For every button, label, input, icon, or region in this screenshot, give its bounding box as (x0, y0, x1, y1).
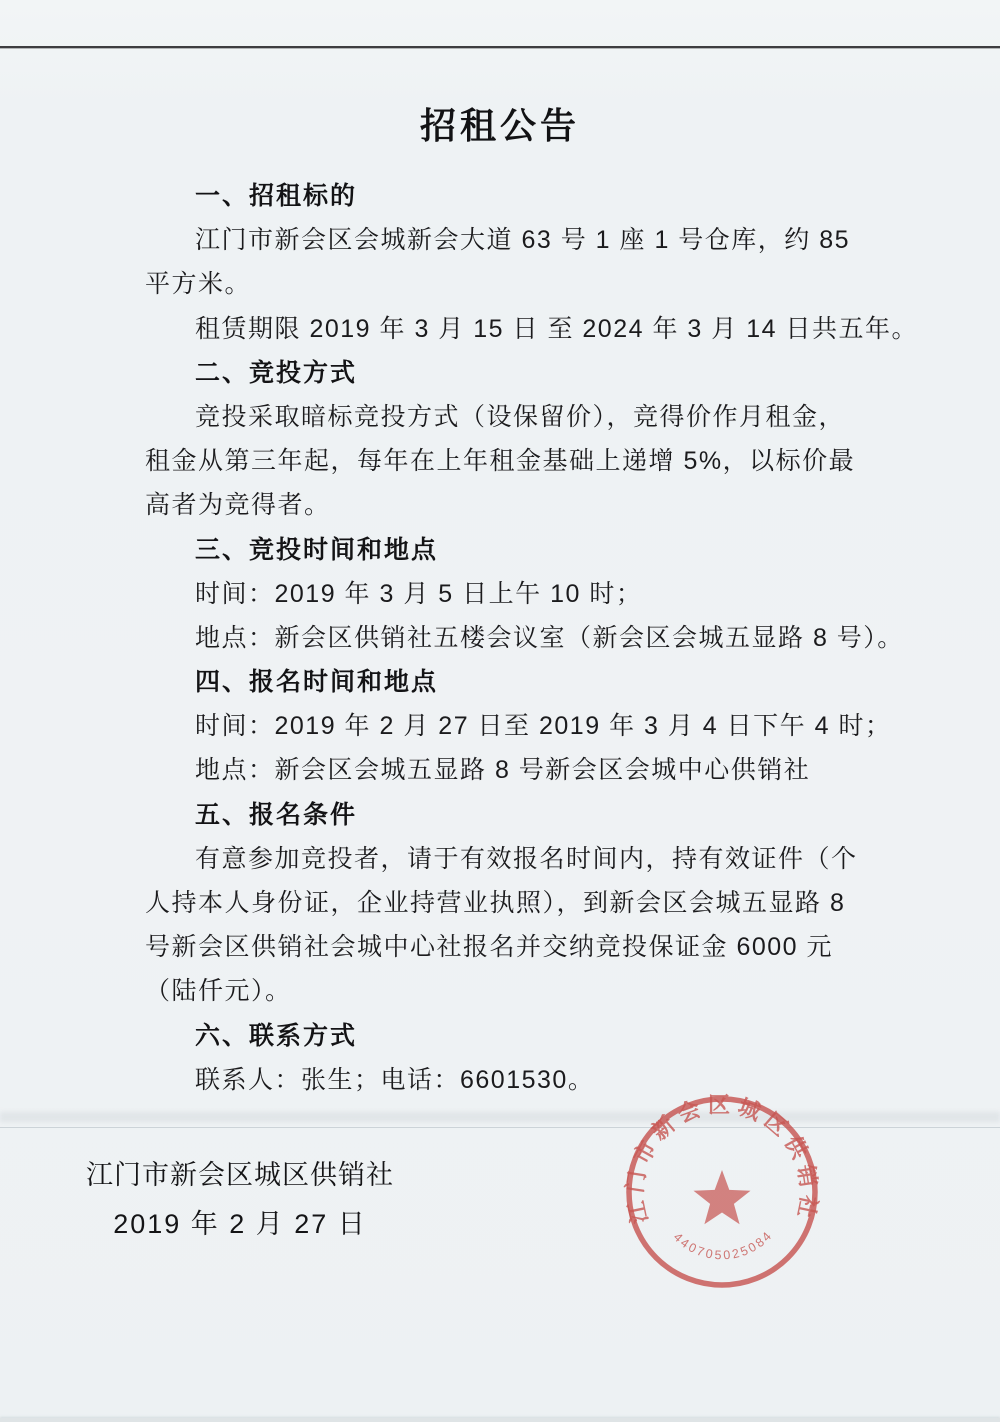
doc-section-heading: 五、报名条件 (145, 793, 885, 837)
star-icon (694, 1170, 751, 1224)
doc-line: 地点：新会区会城五显路 8 号新会区会城中心供销社 (145, 748, 885, 792)
page-title: 招租公告 (0, 98, 1000, 149)
doc-line: 高者为竞得者。 (145, 483, 885, 527)
scan-artifact-top-line (0, 46, 1000, 48)
doc-line: （陆仟元）。 (145, 969, 885, 1013)
doc-line: 号新会区供销社会城中心社报名并交纳竞投保证金 6000 元 (145, 925, 885, 969)
doc-line: 竞投采取暗标竞投方式（设保留价），竞得价作月租金， (145, 395, 885, 439)
doc-line: 租金从第三年起，每年在上年租金基础上递增 5%，以标价最 (145, 439, 885, 483)
doc-section-heading: 四、报名时间和地点 (145, 660, 885, 704)
seal-number: 440705025084 (671, 1228, 776, 1263)
signature-date: 2019 年 2 月 27 日 (0, 1202, 480, 1241)
scan-artifact-band (0, 1112, 1000, 1122)
scan-artifact-bottom-edge (0, 1418, 1000, 1422)
signature-organization: 江门市新会区城区供销社 (0, 1153, 480, 1192)
official-seal: 江门市新会区城区供销社 440705025084 (618, 1086, 826, 1298)
doc-line: 租赁期限 2019 年 3 月 15 日 至 2024 年 3 月 14 日共五… (145, 307, 885, 351)
doc-line: 地点：新会区供销社五楼会议室（新会区会城五显路 8 号）。 (145, 616, 885, 660)
scan-artifact-divider (0, 1127, 1000, 1128)
doc-line: 江门市新会区会城新会大道 63 号 1 座 1 号仓库，约 85 (145, 218, 885, 262)
doc-section-heading: 二、竞投方式 (145, 351, 885, 395)
scanned-announcement-page: 招租公告 一、招租标的江门市新会区会城新会大道 63 号 1 座 1 号仓库，约… (0, 0, 1000, 1422)
doc-section-heading: 一、招租标的 (145, 174, 885, 218)
doc-line: 时间：2019 年 2 月 27 日至 2019 年 3 月 4 日下午 4 时… (145, 704, 885, 748)
doc-section-heading: 三、竞投时间和地点 (145, 528, 885, 572)
announcement-body: 一、招租标的江门市新会区会城新会大道 63 号 1 座 1 号仓库，约 85平方… (145, 174, 885, 1102)
doc-line: 有意参加竞投者，请于有效报名时间内，持有效证件（个 (145, 837, 885, 881)
doc-line: 时间：2019 年 3 月 5 日上午 10 时； (145, 572, 885, 616)
doc-line: 人持本人身份证，企业持营业执照），到新会区会城五显路 8 (145, 881, 885, 925)
doc-line: 平方米。 (145, 262, 885, 306)
doc-section-heading: 六、联系方式 (145, 1014, 885, 1058)
